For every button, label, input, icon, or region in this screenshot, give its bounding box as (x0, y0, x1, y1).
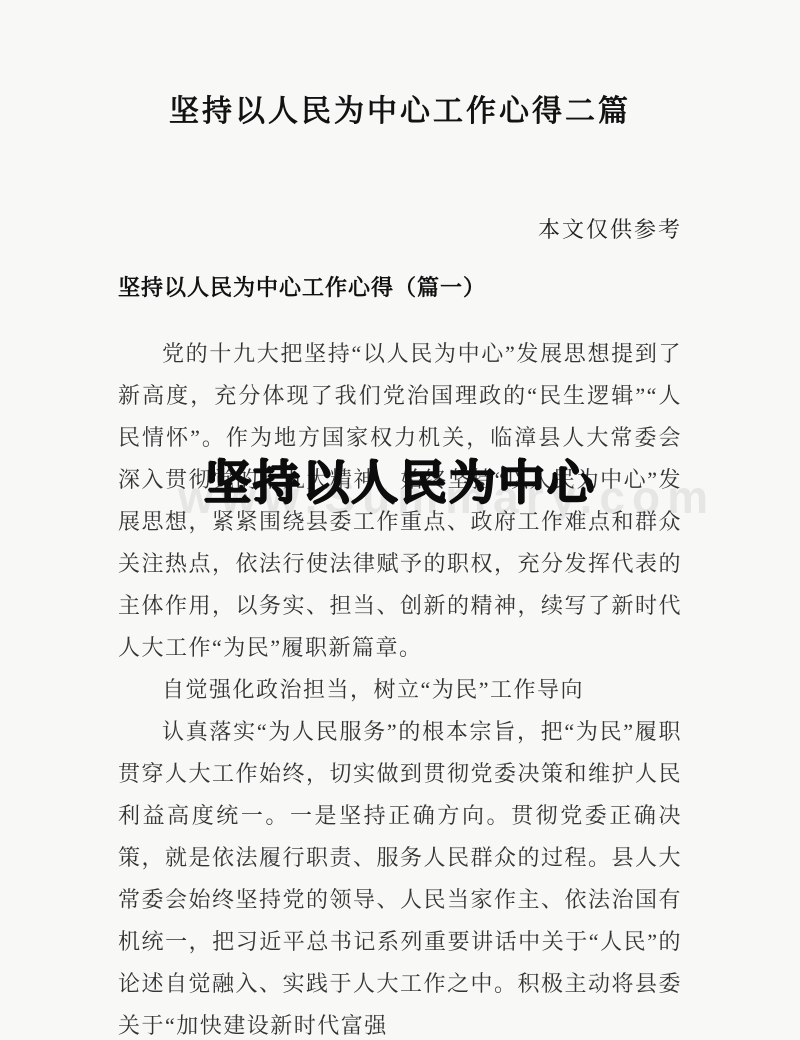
document-page: 坚持以人民为中心工作心得二篇 本文仅供参考 坚持以人民为中心工作心得（篇一） 党… (0, 0, 800, 1040)
document-title: 坚持以人民为中心工作心得二篇 (0, 92, 800, 131)
paragraph-3: 认真落实“为人民服务”的根本宗旨，把“为民”履职贯穿人大工作始终，切实做到贯彻党… (118, 711, 682, 1040)
reference-note: 本文仅供参考 (118, 215, 682, 245)
overlay-title: 坚持以人民为中心 (0, 446, 800, 513)
section-heading: 坚持以人民为中心工作心得（篇一） (118, 273, 682, 303)
paragraph-2-subheading: 自觉强化政治担当，树立“为民”工作导向 (118, 669, 682, 711)
